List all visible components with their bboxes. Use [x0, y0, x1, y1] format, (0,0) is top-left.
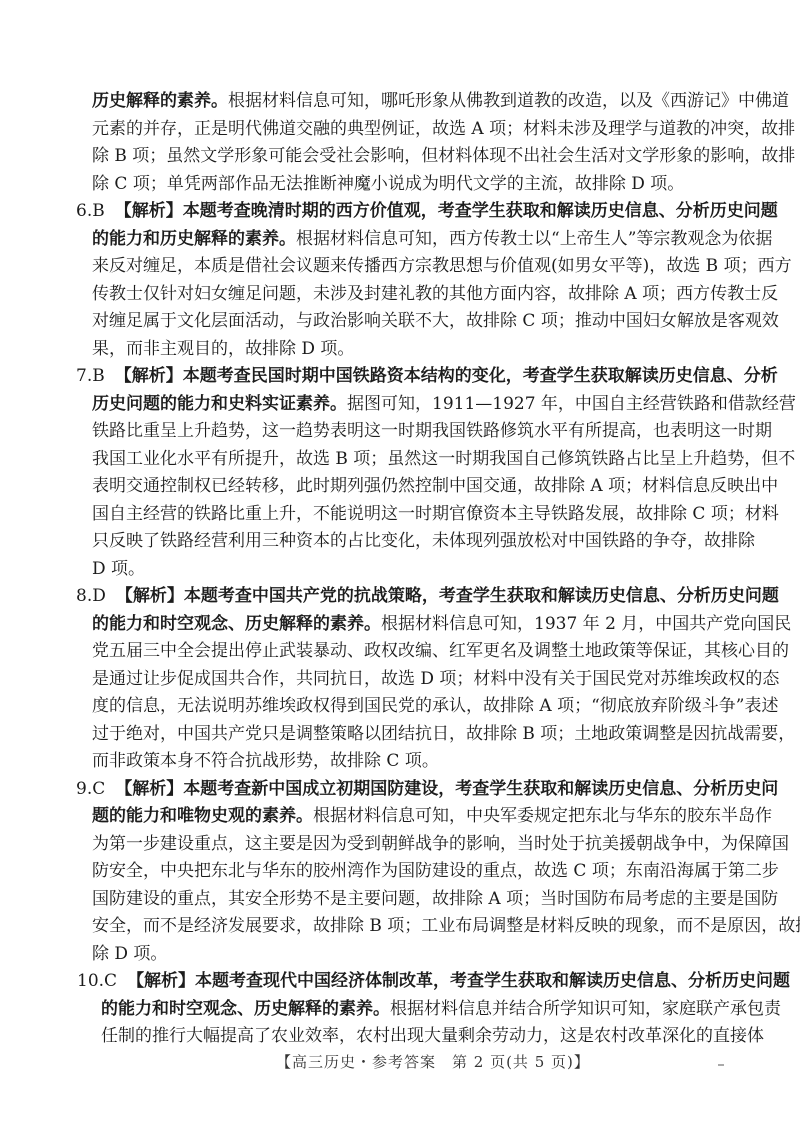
text-line: 度的信息，无法说明苏维埃政权得到国民党的承认，故排除 A 项；“彻底放弃阶级斗争… [92, 693, 724, 720]
text-line: 为第一步建设重点，这主要是因为受到朝鲜战争的影响，当时处于抗美援朝战争中，为保障… [92, 831, 724, 858]
text-line: 国自主经营的铁路比重上升，不能说明这一时期官僚资本主导铁路发展，故排除 C 项；… [92, 501, 724, 528]
text-line: 历史解释的素养。根据材料信息可知，哪吒形象从佛教到道教的改造，以及《西游记》中佛… [92, 88, 724, 115]
answer-item-6-heading: 6.B【解析】本题考查晚清时期的西方价值观，考查学生获取和解读历史信息、分析历史… [76, 198, 724, 225]
text-line: 来反对缠足，本质是借社会议题来传播西方宗教思想与价值观(如男女平等)，故选 B … [92, 253, 724, 280]
text-line: 过于绝对，中国共产党只是调整策略以团结抗日，故排除 B 项；土地政策调整是因抗战… [92, 721, 724, 748]
answer-item-9-heading: 9.C【解析】本题考查新中国成立初期国防建设，考查学生获取和解读历史信息、分析历… [76, 776, 724, 803]
answer-item-10-heading: 10.C【解析】本题考查现代中国经济体制改革，考查学生获取和解读历史信息、分析历… [77, 968, 724, 995]
answer-item-7-heading: 7.B【解析】本题考查民国时期中国铁路资本结构的变化，考查学生获取解读历史信息、… [76, 363, 724, 390]
analysis-lead: 【解析】本题考查晚清时期的西方价值观，考查学生获取和解读历史信息、分析历史问题 [115, 201, 778, 221]
item-number: 10. [77, 968, 104, 995]
analysis-lead: 【解析】本题考查民国时期中国铁路资本结构的变化，考查学生获取解读历史信息、分析 [115, 366, 778, 386]
text-line: 除 B 项；虽然文学形象可能会受社会影响，但材料体现不出社会生活对文学形象的影响… [92, 143, 724, 170]
text-line: 历史问题的能力和史料实证素养。据图可知，1911—1927 年，中国自主经营铁路… [92, 391, 724, 418]
item-answer: B [92, 198, 105, 225]
item-number: 9. [76, 776, 92, 803]
text-line: 的能力和历史解释的素养。根据材料信息可知，西方传教士以“上帝生人”等宗教观念为依… [92, 226, 724, 253]
line-text: 根据材料信息可知，中央军委规定把东北与华东的胶东半岛作 [313, 806, 772, 826]
page-footer: 【高三历史・参考答案 第 2 页(共 5 页)】 [276, 1050, 590, 1074]
line-text: 根据材料信息可知，西方传教士以“上帝生人”等宗教观念为依据 [296, 229, 772, 249]
line-text: 根据材料信息并结合所学知识可知，家庭联产承包责 [390, 999, 781, 1019]
text-line: D 项。 [92, 556, 724, 583]
item-answer: B [92, 363, 105, 390]
text-line: 只反映了铁路经营利用三种资本的占比变化，未体现列强放松对中国铁路的争夺，故排除 [92, 528, 724, 555]
text-line: 铁路比重呈上升趋势，这一趋势表明这一时期我国铁路修筑水平有所提高，也表明这一时期 [92, 418, 724, 445]
text-line: 传教士仅针对妇女缠足问题，未涉及封建礼教的其他方面内容，故排除 A 项；西方传教… [92, 281, 724, 308]
item-number: 7. [76, 363, 92, 390]
item-number: 8. [76, 583, 92, 610]
bold-lead: 的能力和历史解释的素养。 [92, 229, 296, 249]
text-line: 除 D 项。 [92, 941, 724, 968]
text-line: 我国工业化水平有所提升，故选 B 项；虽然这一时期我国自己修筑铁路占比呈上升趋势… [92, 446, 724, 473]
text-line: 题的能力和唯物史观的素养。根据材料信息可知，中央军委规定把东北与华东的胶东半岛作 [92, 803, 724, 830]
text-line: 果，而非主观目的，故排除 D 项。 [92, 336, 724, 363]
item-number: 6. [76, 198, 92, 225]
text-line: 对缠足属于文化层面活动，与政治影响关联不大，故排除 C 项；推动中国妇女解放是客… [92, 308, 724, 335]
text-line: 防安全，中央把东北与华东的胶州湾作为国防建设的重点，故选 C 项；东南沿海属于第… [92, 858, 724, 885]
bold-lead: 题的能力和唯物史观的素养。 [92, 806, 313, 826]
text-line: 是通过让步促成国共合作，共同抗日，故选 D 项；材料中没有关于国民党对苏维埃政权… [92, 666, 724, 693]
text-line: 的能力和时空观念、历史解释的素养。根据材料信息并结合所学知识可知，家庭联产承包责 [101, 996, 724, 1023]
text-line: 党五届三中全会提出停止武装暴动、政权改编、红军更名及调整土地政策等保证，其核心目… [92, 638, 724, 665]
text-line: 国防建设的重点，其安全形势不是主要问题，故排除 A 项；当时国防布局考虑的主要是… [92, 886, 724, 913]
bold-lead: 的能力和时空观念、历史解释的素养。 [92, 614, 381, 634]
analysis-lead: 【解析】本题考查新中国成立初期国防建设，考查学生获取和解读历史信息、分析历史问 [115, 779, 778, 799]
item-answer: C [92, 776, 105, 803]
scan-mark [718, 1064, 724, 1066]
document-page: 历史解释的素养。根据材料信息可知，哪吒形象从佛教到道教的改造，以及《西游记》中佛… [0, 0, 800, 1124]
text-line: 除 C 项；单凭两部作品无法推断神魔小说成为明代文学的主流，故排除 D 项。 [92, 171, 724, 198]
bold-lead: 的能力和时空观念、历史解释的素养。 [101, 999, 390, 1019]
text-line: 的能力和时空观念、历史解释的素养。根据材料信息可知，1937 年 2 月，中国共… [92, 611, 724, 638]
item-answer: D [92, 583, 106, 610]
text-line: 任制的推行大幅提高了农业效率，农村出现大量剩余劳动力，这是农村改革深化的直接体 [101, 1023, 724, 1050]
item-answer: C [104, 968, 117, 995]
bold-lead: 历史解释的素养。 [92, 91, 228, 111]
line-text: 根据材料信息可知，哪吒形象从佛教到道教的改造，以及《西游记》中佛道 [228, 91, 789, 111]
line-text: 根据材料信息可知，1937 年 2 月，中国共产党向国民 [381, 614, 791, 634]
analysis-lead: 【解析】本题考查中国共产党的抗战策略，考查学生获取和解读历史信息、分析历史问题 [116, 586, 779, 606]
text-line: 安全，而不是经济发展要求，故排除 B 项；工业布局调整是材料反映的现象，而不是原… [92, 913, 724, 940]
bold-lead: 历史问题的能力和史料实证素养。 [92, 394, 347, 414]
text-line: 元素的并存，正是明代佛道交融的典型例证，故选 A 项；材料未涉及理学与道教的冲突… [92, 116, 724, 143]
line-text: 据图可知，1911—1927 年，中国自主经营铁路和借款经营 [347, 394, 796, 414]
analysis-lead: 【解析】本题考查现代中国经济体制改革，考查学生获取和解读历史信息、分析历史问题 [127, 971, 790, 991]
answer-item-8-heading: 8.D【解析】本题考查中国共产党的抗战策略，考查学生获取和解读历史信息、分析历史… [76, 583, 724, 610]
text-line: 表明交通控制权已经转移，此时期列强仍然控制中国交通，故排除 A 项；材料信息反映… [92, 473, 724, 500]
text-line: 而非政策本身不符合抗战形势，故排除 C 项。 [92, 748, 724, 775]
